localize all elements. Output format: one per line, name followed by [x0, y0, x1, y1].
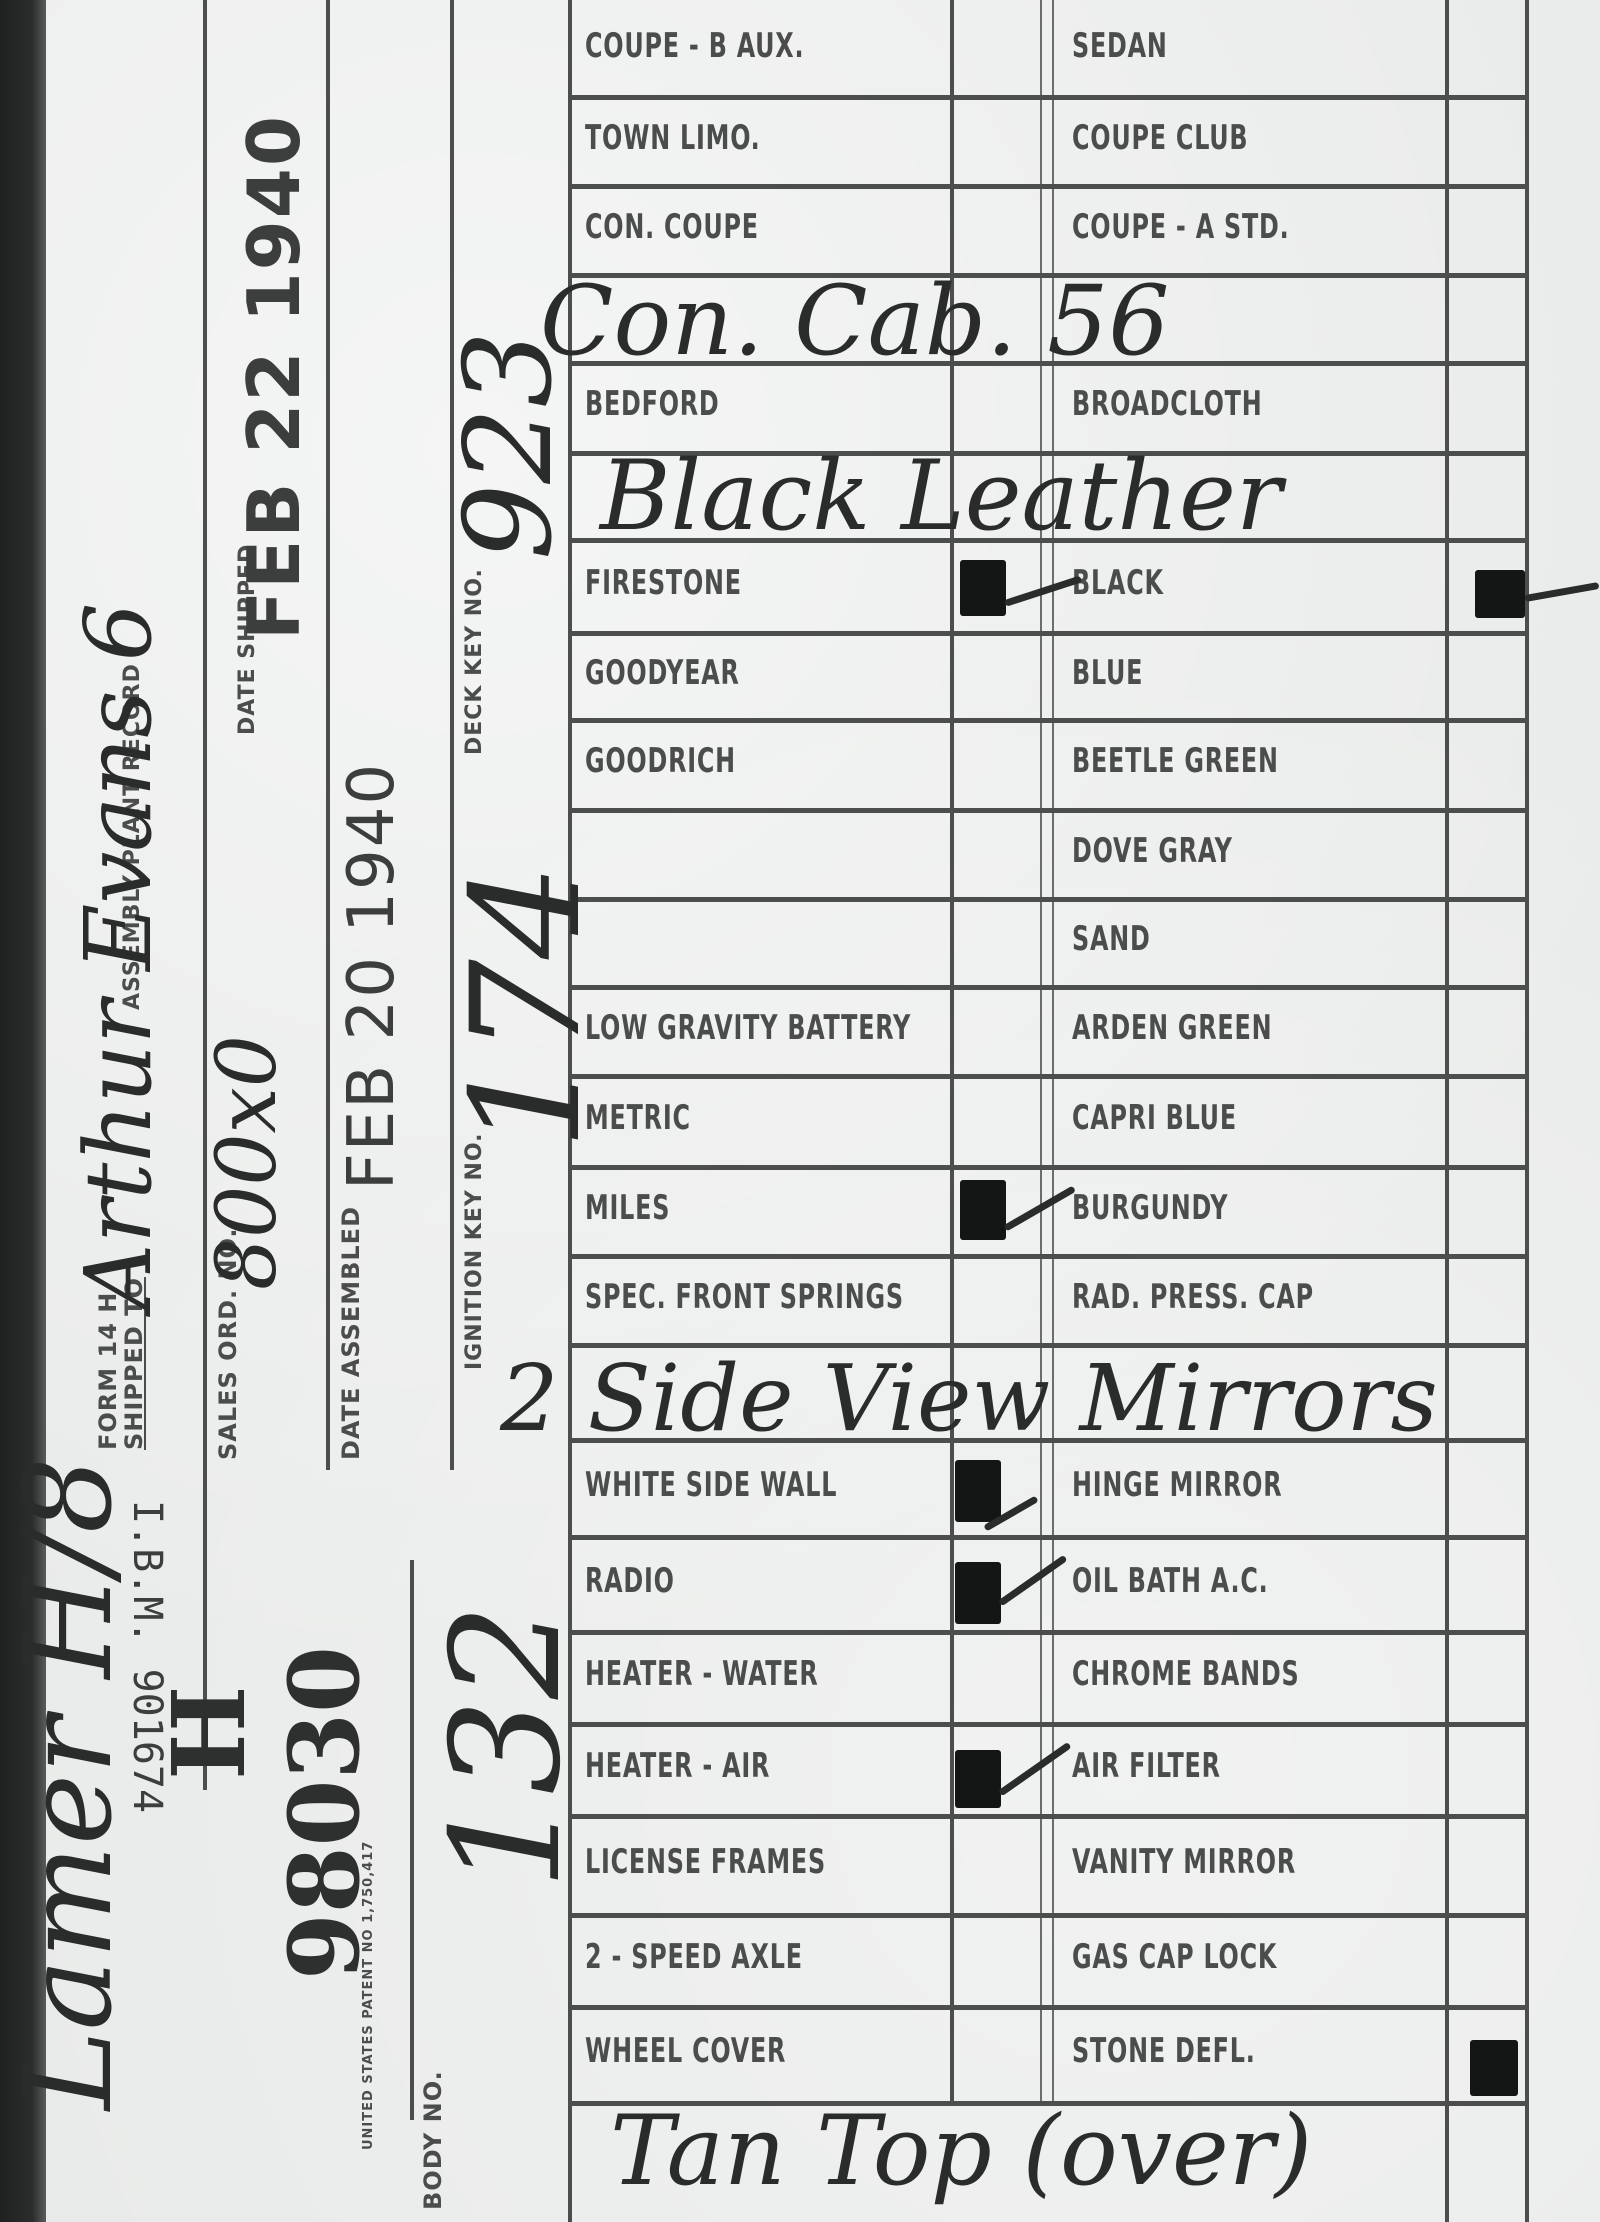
- left-check-box[interactable]: [955, 190, 1040, 269]
- right-option-label: BROADCLOTH: [1072, 384, 1262, 424]
- right-option-label: BLACK: [1072, 563, 1164, 603]
- left-option-label: LICENSE FRAMES: [585, 1842, 826, 1882]
- left-option-label: COUPE - B AUX.: [585, 26, 804, 66]
- row-divider: [568, 1913, 1528, 1918]
- top-note: Tan Top (over): [610, 2095, 1312, 2207]
- right-check-box[interactable]: [1450, 1636, 1525, 1718]
- body-no-label: BODY NO.: [420, 2070, 446, 2210]
- right-check-box[interactable]: [1450, 1349, 1525, 1434]
- deck-key-label: DECK KEY NO.: [462, 568, 488, 755]
- right-option-label: RAD. PRESS. CAP: [1072, 1277, 1314, 1317]
- check-mark-miles: [960, 1180, 1006, 1240]
- right-option-label: SEDAN: [1072, 26, 1168, 66]
- right-option-label: BURGUNDY: [1072, 1188, 1228, 1228]
- left-check-box[interactable]: [955, 724, 1040, 804]
- right-check-box[interactable]: [1450, 814, 1525, 893]
- right-option-label: AIR FILTER: [1072, 1746, 1221, 1786]
- left-check-box[interactable]: [955, 1636, 1040, 1718]
- right-option-label: SAND: [1072, 919, 1151, 959]
- divider: [326, 0, 330, 1470]
- left-check-box[interactable]: [955, 2011, 1040, 2097]
- left-option-label: MILES: [585, 1188, 670, 1228]
- row-divider: [568, 1535, 1528, 1540]
- right-check-box[interactable]: [1450, 367, 1525, 447]
- row-divider: [568, 1630, 1528, 1635]
- right-check-box[interactable]: [1450, 637, 1525, 714]
- right-check-box[interactable]: [1450, 1728, 1525, 1810]
- check-mark-white-side-wall: [955, 1460, 1001, 1522]
- ignition-key-label: IGNITION KEY NO.: [462, 1133, 488, 1370]
- right-check-box[interactable]: [1450, 2107, 1525, 2218]
- right-check-box[interactable]: [1450, 903, 1525, 981]
- left-check-box[interactable]: [955, 101, 1040, 180]
- left-check-box[interactable]: [955, 1080, 1040, 1161]
- row-divider: [568, 718, 1528, 723]
- right-option-label: CHROME BANDS: [1072, 1654, 1299, 1694]
- model-handwritten: Lamer H/8: [0, 1457, 139, 2110]
- left-option-label: BEDFORD: [585, 384, 720, 424]
- right-option-label: COUPE - A STD.: [1072, 207, 1289, 247]
- date-shipped-stamp: FEB 22 1940: [232, 114, 316, 640]
- serial-number: 98030: [268, 1646, 381, 1980]
- ignition-key-handwritten: 174: [440, 864, 614, 1150]
- left-check-box[interactable]: [955, 991, 1040, 1070]
- right-check-box[interactable]: [1450, 279, 1525, 357]
- right-check-box[interactable]: [1450, 6, 1525, 91]
- left-check-box[interactable]: [955, 367, 1040, 447]
- date-assembled-label: DATE ASSEMBLED: [338, 1206, 364, 1460]
- left-option-label: GOODYEAR: [585, 653, 740, 693]
- divider: [410, 1560, 414, 2120]
- right-check-box[interactable]: [1450, 724, 1525, 804]
- right-option-label: ARDEN GREEN: [1072, 1008, 1272, 1048]
- body-no-handwritten: 132: [420, 1604, 594, 1890]
- left-check-box[interactable]: [955, 637, 1040, 714]
- left-option-label: 2 - SPEED AXLE: [585, 1937, 803, 1977]
- right-check-box[interactable]: [1450, 1171, 1525, 1250]
- row-divider: [568, 1165, 1528, 1170]
- sales-ord-handwritten: 800x0: [200, 1035, 295, 1290]
- right-option-label: BLUE: [1072, 653, 1143, 693]
- right-option-label: COUPE CLUB: [1072, 118, 1248, 158]
- row-divider: [568, 1254, 1528, 1259]
- right-check-box[interactable]: [1450, 991, 1525, 1070]
- right-option-label: VANITY MIRROR: [1072, 1842, 1296, 1882]
- check-mark-radio: [955, 1562, 1001, 1624]
- tick-black: [1524, 582, 1599, 602]
- right-option-label: OIL BATH A.C.: [1072, 1561, 1269, 1601]
- left-check-box[interactable]: [955, 1260, 1040, 1339]
- divider: [203, 0, 207, 1790]
- right-check-box[interactable]: [1450, 1820, 1525, 1909]
- left-check-box[interactable]: [955, 1919, 1040, 2001]
- trim-note: Black Leather: [600, 440, 1282, 552]
- left-option-label: HEATER - WATER: [585, 1654, 819, 1694]
- right-option-label: HINGE MIRROR: [1072, 1465, 1282, 1505]
- left-check-box[interactable]: [955, 1820, 1040, 1909]
- right-check-box[interactable]: [1450, 1080, 1525, 1161]
- left-option-label: SPEC. FRONT SPRINGS: [585, 1277, 904, 1317]
- divider: [450, 0, 454, 1470]
- row-divider: [568, 897, 1528, 902]
- assembly-plant-record-card: COUPE - B AUX.SEDANTOWN LIMO.COUPE CLUBC…: [0, 0, 1600, 2222]
- row-divider: [568, 1074, 1528, 1079]
- left-option-label: CON. COUPE: [585, 207, 759, 247]
- left-check-box[interactable]: [955, 6, 1040, 91]
- right-check-box[interactable]: [1450, 457, 1525, 534]
- left-option-label: LOW GRAVITY BATTERY: [585, 1008, 911, 1048]
- check-mark-black: [1475, 570, 1525, 618]
- right-option-label: BEETLE GREEN: [1072, 741, 1279, 781]
- row-divider: [568, 808, 1528, 813]
- row-divider: [568, 184, 1528, 189]
- left-option-label: GOODRICH: [585, 741, 736, 781]
- shipped-to-handwritten: Arthur Evans 6: [65, 603, 172, 1310]
- table-col-divider: [1445, 0, 1449, 2222]
- left-option-label: TOWN LIMO.: [585, 118, 761, 158]
- left-check-box[interactable]: [955, 903, 1040, 981]
- row-divider: [568, 1814, 1528, 1819]
- left-option-label: FIRESTONE: [585, 563, 742, 603]
- right-option-label: GAS CAP LOCK: [1072, 1937, 1277, 1977]
- date-assembled-stamp: FEB 20 1940: [335, 762, 409, 1190]
- right-check-box[interactable]: [1450, 101, 1525, 180]
- check-mark-heater-air: [955, 1750, 1001, 1808]
- check-mark-stone-defl: [1470, 2040, 1518, 2096]
- right-check-box[interactable]: [1450, 1919, 1525, 2001]
- left-check-box[interactable]: [955, 814, 1040, 893]
- left-option-label: WHEEL COVER: [585, 2031, 786, 2071]
- right-option-label: DOVE GRAY: [1072, 831, 1233, 871]
- check-mark-firestone: [960, 560, 1006, 616]
- left-option-label: RADIO: [585, 1561, 675, 1601]
- accessory-note: 2 Side View Mirrors: [500, 1345, 1438, 1452]
- right-check-box[interactable]: [1450, 190, 1525, 269]
- row-divider: [568, 1722, 1528, 1727]
- row-divider: [568, 985, 1528, 990]
- right-check-box[interactable]: [1450, 1260, 1525, 1339]
- right-option-label: STONE DEFL.: [1072, 2031, 1256, 2071]
- right-check-box[interactable]: [1450, 1541, 1525, 1626]
- row-divider: [568, 2005, 1528, 2010]
- left-option-label: HEATER - AIR: [585, 1746, 770, 1786]
- right-option-label: CAPRI BLUE: [1072, 1098, 1237, 1138]
- body-type-note: Con. Cab. 56: [540, 265, 1169, 377]
- table-right-border: [1525, 0, 1529, 2222]
- row-divider: [568, 631, 1528, 636]
- left-option-label: WHITE SIDE WALL: [585, 1465, 837, 1505]
- row-divider: [568, 95, 1528, 100]
- right-check-box[interactable]: [1450, 1444, 1525, 1531]
